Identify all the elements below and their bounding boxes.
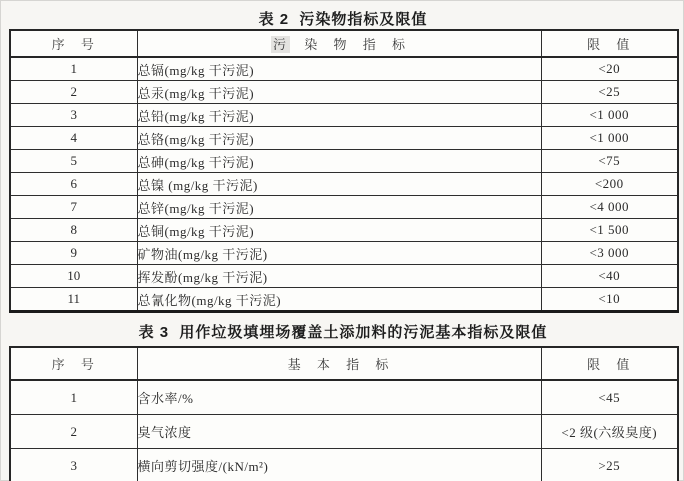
table-row: 8总铜(mg/kg 干污泥)<1 500 <box>10 219 678 242</box>
table3-header-row: 序 号 基 本 指 标 限 值 <box>10 347 678 380</box>
table2-header-indicator-rest: 染 物 指 标 <box>290 37 407 52</box>
cell-indicator: 总镉(mg/kg 干污泥) <box>137 57 541 81</box>
table3-basic-indicator-limits: 序 号 基 本 指 标 限 值 1含水率/%<45 2臭气浓度<2 级(六级臭度… <box>9 346 679 481</box>
cell-no: 4 <box>10 127 137 150</box>
cell-limit: <45 <box>541 380 678 415</box>
cell-indicator: 总铜(mg/kg 干污泥) <box>137 219 541 242</box>
table-row: 7总锌(mg/kg 干污泥)<4 000 <box>10 196 678 219</box>
cell-no: 1 <box>10 57 137 81</box>
table3-header-indicator: 基 本 指 标 <box>137 347 541 380</box>
cell-no: 1 <box>10 380 137 415</box>
cell-limit: <25 <box>541 81 678 104</box>
cell-indicator: 总镍 (mg/kg 干污泥) <box>137 173 541 196</box>
cell-indicator: 含水率/% <box>137 380 541 415</box>
cell-limit: <2 级(六级臭度) <box>541 415 678 449</box>
cell-limit: >25 <box>541 449 678 481</box>
cell-limit: <75 <box>541 150 678 173</box>
cell-limit: <1 500 <box>541 219 678 242</box>
table2-header-row: 序 号 污 染 物 指 标 限 值 <box>10 30 678 57</box>
cell-no: 8 <box>10 219 137 242</box>
table3-title: 表 3 用作垃圾填埋场覆盖土添加料的污泥基本指标及限值 <box>1 321 684 342</box>
cell-no: 2 <box>10 81 137 104</box>
table-row: 4总铬(mg/kg 干污泥)<1 000 <box>10 127 678 150</box>
highlight-artifact: 污 <box>271 36 290 53</box>
table3-header-limit: 限 值 <box>541 347 678 380</box>
cell-no: 5 <box>10 150 137 173</box>
table-row: 3总铅(mg/kg 干污泥)<1 000 <box>10 104 678 127</box>
cell-limit: <1 000 <box>541 104 678 127</box>
cell-no: 3 <box>10 104 137 127</box>
table2-title: 表 2 污染物指标及限值 <box>1 8 684 29</box>
cell-limit: <1 000 <box>541 127 678 150</box>
cell-indicator: 横向剪切强度/(kN/m²) <box>137 449 541 481</box>
table-row: 10挥发酚(mg/kg 干污泥)<40 <box>10 265 678 288</box>
cell-limit: <20 <box>541 57 678 81</box>
table-row: 1总镉(mg/kg 干污泥)<20 <box>10 57 678 81</box>
table2-header-limit: 限 值 <box>541 30 678 57</box>
cell-no: 2 <box>10 415 137 449</box>
cell-limit: <200 <box>541 173 678 196</box>
cell-indicator: 总锌(mg/kg 干污泥) <box>137 196 541 219</box>
cell-limit: <40 <box>541 265 678 288</box>
cell-no: 9 <box>10 242 137 265</box>
cell-indicator: 总砷(mg/kg 干污泥) <box>137 150 541 173</box>
table2-header-indicator: 污 染 物 指 标 <box>137 30 541 57</box>
table2-pollutant-limits: 序 号 污 染 物 指 标 限 值 1总镉(mg/kg 干污泥)<20 2总汞(… <box>9 29 679 313</box>
cell-no: 11 <box>10 288 137 312</box>
cell-indicator: 总氰化物(mg/kg 干污泥) <box>137 288 541 312</box>
table-row: 3横向剪切强度/(kN/m²)>25 <box>10 449 678 481</box>
cell-indicator: 挥发酚(mg/kg 干污泥) <box>137 265 541 288</box>
cell-indicator: 臭气浓度 <box>137 415 541 449</box>
document-page: 表 2 污染物指标及限值 序 号 污 染 物 指 标 限 值 1总镉(mg/kg… <box>0 0 684 481</box>
cell-indicator: 总汞(mg/kg 干污泥) <box>137 81 541 104</box>
cell-limit: <10 <box>541 288 678 312</box>
cell-indicator: 总铅(mg/kg 干污泥) <box>137 104 541 127</box>
table-row: 2臭气浓度<2 级(六级臭度) <box>10 415 678 449</box>
cell-indicator: 总铬(mg/kg 干污泥) <box>137 127 541 150</box>
cell-no: 6 <box>10 173 137 196</box>
table2-header-no: 序 号 <box>10 30 137 57</box>
table-row: 6总镍 (mg/kg 干污泥)<200 <box>10 173 678 196</box>
cell-limit: <3 000 <box>541 242 678 265</box>
table3-header-no: 序 号 <box>10 347 137 380</box>
cell-no: 7 <box>10 196 137 219</box>
cell-indicator: 矿物油(mg/kg 干污泥) <box>137 242 541 265</box>
table-row: 9矿物油(mg/kg 干污泥)<3 000 <box>10 242 678 265</box>
table-row: 1含水率/%<45 <box>10 380 678 415</box>
cell-no: 10 <box>10 265 137 288</box>
table-row: 11总氰化物(mg/kg 干污泥)<10 <box>10 288 678 312</box>
table-row: 2总汞(mg/kg 干污泥)<25 <box>10 81 678 104</box>
table-row: 5总砷(mg/kg 干污泥)<75 <box>10 150 678 173</box>
cell-limit: <4 000 <box>541 196 678 219</box>
cell-no: 3 <box>10 449 137 481</box>
